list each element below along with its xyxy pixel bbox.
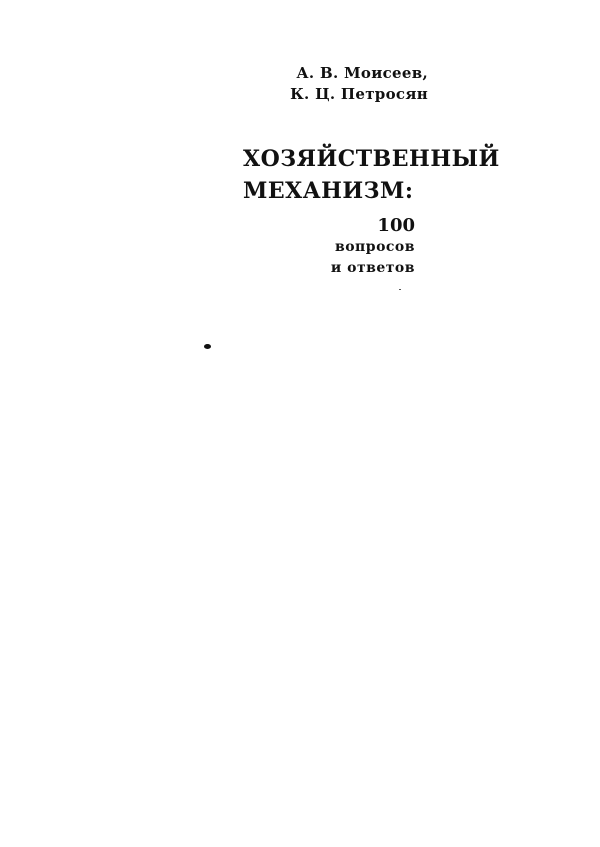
title-line-1: ХОЗЯЙСТВЕННЫЙ [243,143,500,175]
book-subtitle: 100 вопросов и ответов [331,215,415,279]
subtitle-line-1: вопросов [331,237,415,258]
book-title: ХОЗЯЙСТВЕННЫЙ МЕХАНИЗМ: [243,143,500,207]
title-line-2: МЕХАНИЗМ: [243,175,500,207]
scan-speck [399,289,401,290]
subtitle-line-2: и ответов [331,258,415,279]
author-1: А. В. Моисеев, [290,63,428,84]
book-title-page: А. В. Моисеев, К. Ц. Петросян ХОЗЯЙСТВЕН… [0,0,600,847]
ink-dot [204,344,211,349]
authors-block: А. В. Моисеев, К. Ц. Петросян [290,63,428,105]
subtitle-number: 100 [331,215,415,237]
author-2: К. Ц. Петросян [290,84,428,105]
